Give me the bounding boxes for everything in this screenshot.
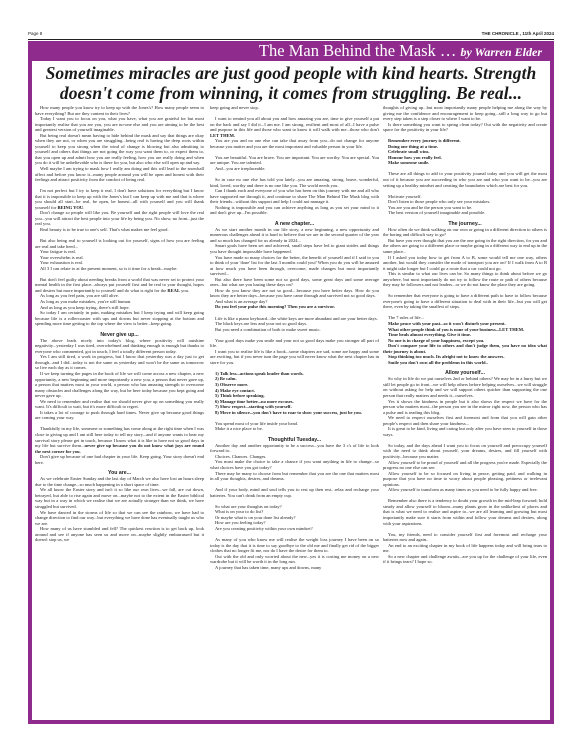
article-columns: How many people you know try to keep up … [35,105,547,717]
paragraph: An end to an exciting chapter in my book… [383,543,547,554]
paragraph: Are you creating positivity within your … [210,526,379,532]
paragraph: Allow yourself to be so focused on livin… [383,471,547,488]
paragraph: Thankfully in my life, someone or someth… [35,426,204,454]
column-1: How many people you know try to keep up … [35,105,204,717]
paragraph: Yes I am still tired, a work in progress… [35,354,204,371]
paragraph: How do you know they are not so good....… [210,288,379,299]
paragraph: How many people you know try to keep up … [35,105,204,116]
paragraph: But also being real to yourself is looki… [35,238,204,249]
article-headline: Sometimes miracles are just good people … [32,63,550,103]
paragraph: As we celebrate Easter Sunday and the la… [35,476,204,487]
paragraph: If I asked you today how to get from A t… [383,255,547,272]
paragraph: This is similar to what our lives can be… [383,271,547,288]
paragraph: The best version of yourself imaginable … [383,210,547,216]
paragraph: All 3 I can relate to at the present mom… [35,266,204,272]
article-title: The Man Behind the Mask …by Warren Elder [259,41,542,62]
bold-list: Remember every journey is different. Doi… [383,138,547,166]
paragraph: But also there have been some not so goo… [210,277,379,288]
paragraph: As many of you who know me will realise … [210,537,379,554]
paragraph: But have you ever thought that you are t… [383,238,547,255]
paragraph: It takes a lot of courage to push throug… [35,410,204,421]
list-item: Don't compare your life to others and do… [383,343,547,354]
paragraph: I want to remind you all about you and h… [210,116,379,138]
paragraph: You are you and no one else can take tha… [210,138,379,149]
paragraph: So today, and the days ahead I want you … [383,443,547,460]
page-number: Page 8 [28,31,42,36]
list-item: 8) Move in silence...you don't have to r… [210,410,379,416]
paragraph: Allow yourself to be proud of yourself a… [383,460,547,471]
paragraph: But you need a combination of both to ma… [210,327,379,333]
paragraph: How many of us have stumbled and fell? T… [35,526,204,543]
paragraph: Can I thank each and everyone of you who… [210,188,379,205]
paragraph: So today I am certainly in pain, making … [35,310,204,327]
byline: by Warren Elder [460,45,542,59]
paragraph: As we start another month in our life st… [210,227,379,244]
paragraph: Don't give up because of one bad chapter… [35,454,204,465]
column-2: keep going and never stop. I want to rem… [210,105,379,717]
headline-line-1: Sometimes miracles are just good people … [32,63,550,83]
page-header-bar: Page 8 THE CHRONICLE , 11th April 2024 [28,31,554,40]
article-title-text: The Man Behind the Mask … [259,41,457,60]
paragraph: I want you to realise life is like a boo… [210,349,379,366]
paragraph: So a new chapter and challenge awaits...… [383,554,547,565]
paragraph: keep going and never stop. [210,105,379,111]
paragraph: Out with the old and only worried about … [210,554,379,565]
paragraph: But being real doesn't mean having to hi… [35,133,204,166]
paragraph: There may be many to choose from but rem… [210,471,379,482]
paragraph: We have danced in the storms of life so … [35,510,204,527]
paragraph: How often do we think walking on our own… [383,227,547,238]
paragraph: Today I want you to focus on you, what y… [35,116,204,133]
paragraph: We need to respect ourselves first and f… [383,415,547,426]
paragraph: So in case no one else has told you late… [210,177,379,188]
paragraph: And if your body, mind and soul tells yo… [210,487,379,498]
paragraph: But don't feel guilty about needing brea… [35,277,204,294]
paragraph: Do you feel your pulse this morning? The… [210,304,379,310]
rules-list: 1) Talk less...actions speak louder than… [210,371,379,415]
paragraph: Yes it shows the kindness in people but … [383,399,547,416]
seven-rules-list: Make peace with your past...so it won't … [383,321,547,365]
paragraph: So remember that everyone is going to ha… [383,293,547,310]
paragraph: Smart goals have been set and achieved, … [210,243,379,254]
list-item: Smile you don't own all the problems in … [383,360,547,366]
paragraph: You are beautiful. You are brave. You ar… [210,155,379,166]
paragraph: I'm not perfect but I try to keep it rea… [35,188,204,210]
paragraph: We need to remember and realise that we … [35,399,204,410]
column-3: thoughts of giving up...but most importa… [383,105,547,717]
paragraph: Real beauty is to be true to one's self.… [35,227,204,233]
paragraph: thoughts of giving up...but most importa… [383,105,547,122]
paragraph: So why in life do we put ourselves 2nd o… [383,376,547,398]
paragraph: Well maybe I am trying to mask how I rea… [35,166,204,183]
paragraph: A journey that has taken time, many ups … [210,565,379,571]
paragraph: These are all things to add to your posi… [383,171,547,188]
paragraph: You must make the choice to take a chanc… [210,459,379,470]
paragraph: Allow yourself to transform as many time… [383,487,547,493]
paragraph: You have made so many choices for the be… [210,255,379,277]
paragraph: Is there something you want to spring cl… [383,122,547,133]
paragraph: If we keep turning the pages in the book… [35,371,204,399]
paragraph: Remember also there is a tendency to dou… [383,498,547,526]
publication-date: THE CHRONICLE , 11th April 2024 [482,31,554,36]
paragraph: We all know the Easter story and isn't i… [35,487,204,509]
paragraph: Another day and another opportunity to b… [210,443,379,454]
paragraph: You, my friends, need to consider yourse… [383,532,547,543]
paragraph: It is great to be kind, living and carin… [383,426,547,437]
paragraph: The above leads nicely into today's blog… [35,338,204,355]
paragraph: And...you are irreplaceable. [210,166,379,172]
paragraph: Make it a nice place to be. [210,426,379,432]
headline-line-2: doesn't come from winning, it comes from… [32,83,550,103]
paragraph: Don't change so people will like you. Be… [35,210,204,227]
article-banner: The Man Behind the Mask …by Warren Elder [28,41,554,61]
paragraph: Your good days make you smile and your n… [210,338,379,349]
article-frame: Sometimes miracles are just good people … [28,61,554,724]
paragraph: Nothing is impossible and you can achiev… [210,205,379,216]
list-item: Make someone smile. [383,160,547,166]
